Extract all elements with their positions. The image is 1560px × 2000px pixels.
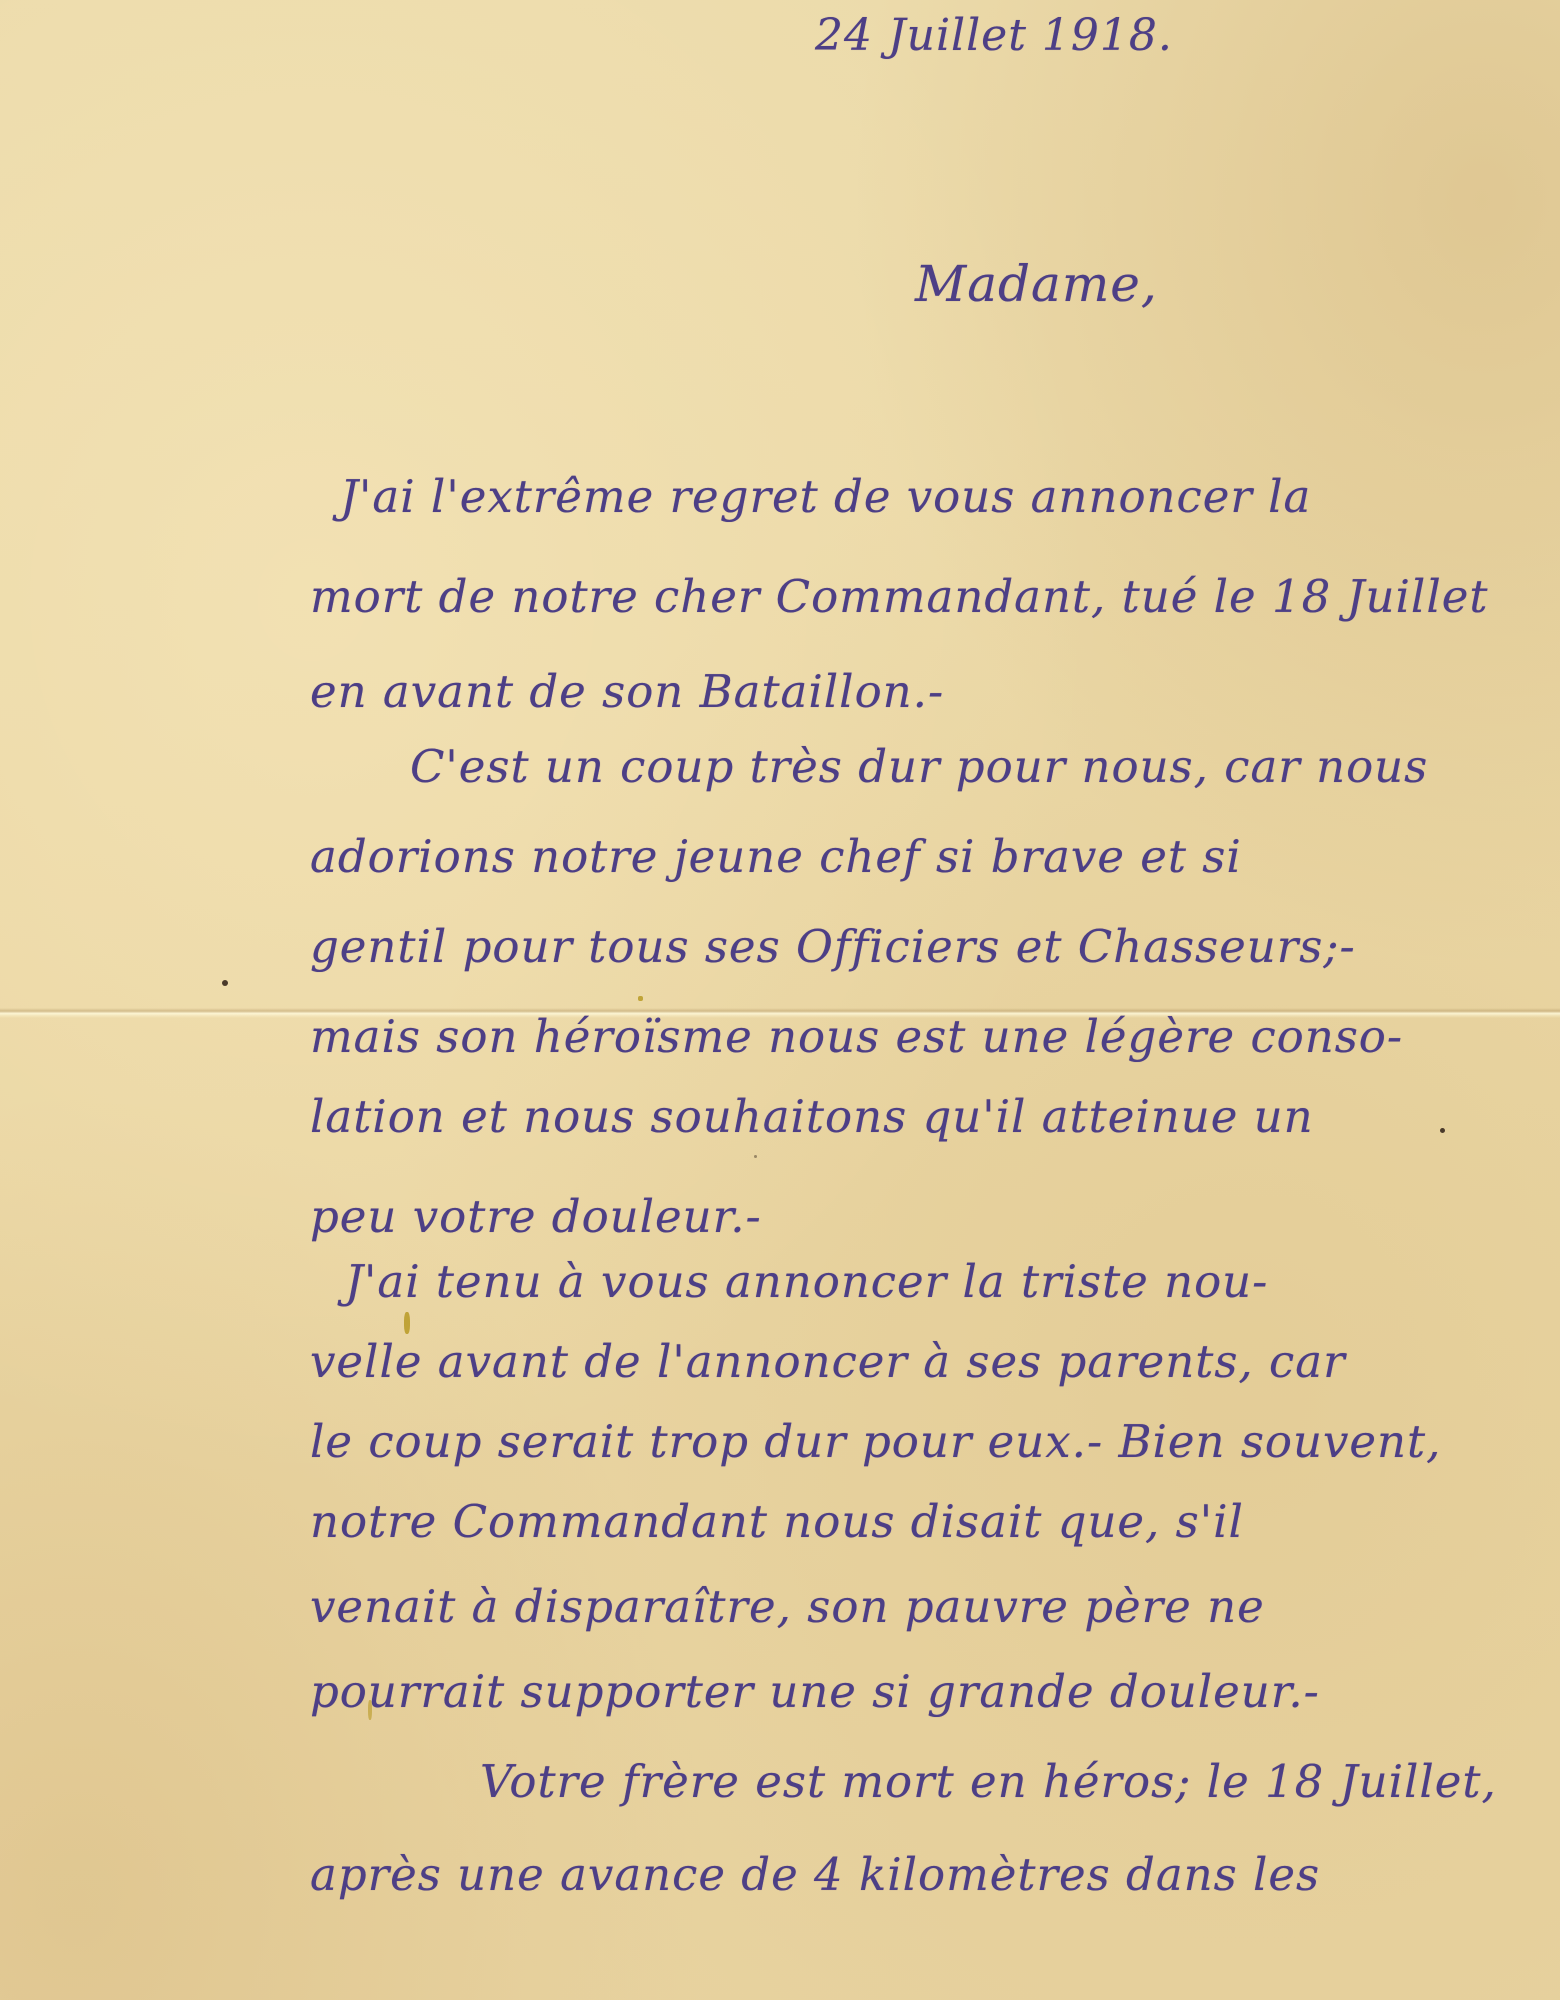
letter-line: adorions notre jeune chef si brave et si	[310, 830, 1242, 883]
letter-line: mais son héroïsme nous est une légère co…	[310, 1010, 1403, 1063]
letter-line: J'ai tenu à vous annoncer la triste nou-	[345, 1255, 1268, 1308]
ink-speck	[754, 1155, 757, 1158]
letter-line: mort de notre cher Commandant, tué le 18…	[310, 570, 1488, 623]
letter-line: gentil pour tous ses Officiers et Chasse…	[310, 920, 1356, 973]
letter-line: peu votre douleur.-	[310, 1190, 762, 1243]
yellow-stain	[404, 1312, 410, 1334]
letter-line: Votre frère est mort en héros; le 18 Jui…	[480, 1755, 1497, 1808]
letter-line: velle avant de l'annoncer à ses parents,…	[310, 1335, 1346, 1388]
ink-speck	[222, 980, 228, 986]
letter-line: lation et nous souhaitons qu'il atteinue…	[310, 1090, 1314, 1143]
letter-line: J'ai l'extrême regret de vous annoncer l…	[340, 470, 1311, 523]
yellow-stain	[638, 996, 643, 1001]
letter-line: venait à disparaître, son pauvre père ne	[310, 1580, 1265, 1633]
letter-line: C'est un coup très dur pour nous, car no…	[410, 740, 1428, 793]
letter-line: pourrait supporter une si grande douleur…	[310, 1665, 1320, 1718]
letter-date: 24 Juillet 1918.	[815, 10, 1173, 61]
letter-line: notre Commandant nous disait que, s'il	[310, 1495, 1244, 1548]
letter-line: en avant de son Bataillon.-	[310, 665, 944, 718]
letter-page: 24 Juillet 1918. Madame, J'ai l'extrême …	[0, 0, 1560, 2000]
letter-line: après une avance de 4 kilomètres dans le…	[310, 1848, 1320, 1901]
salutation: Madame,	[915, 255, 1158, 313]
letter-line: le coup serait trop dur pour eux.- Bien …	[310, 1415, 1441, 1468]
ink-speck	[1440, 1128, 1445, 1133]
